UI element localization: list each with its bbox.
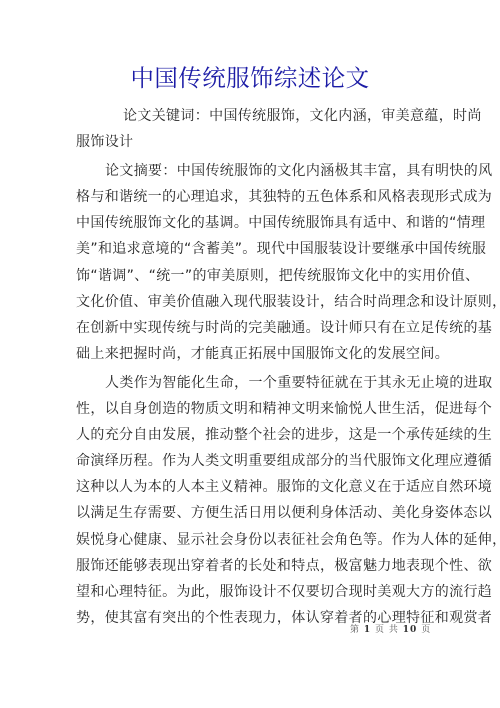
- footer-middle: 页 共: [375, 625, 399, 635]
- abstract-line: 格与和谐统一的心理追求，其独特的五色体系和风格表现形式成为: [76, 184, 425, 210]
- abstract-line: 中国传统服饰文化的基调。中国传统服饰具有适中、和谐的“情理: [76, 210, 425, 236]
- document-body: 论文关键词：中国传统服饰，文化内涵，审美意蕴，时尚 服饰设计 论文摘要：中国传统…: [76, 103, 425, 631]
- document-page: 中国传统服饰综述论文 论文关键词：中国传统服饰，文化内涵，审美意蕴，时尚 服饰设…: [0, 0, 500, 708]
- abstract-line: 论文摘要：中国传统服饰的文化内涵极其丰富，具有明快的风: [76, 158, 425, 184]
- body-line: 人类作为智能化生命，一个重要特征就在于其永无止境的进取: [76, 370, 425, 396]
- body-line: 性，以自身创造的物质文明和精神文明来愉悦人世生活，促进每个: [76, 396, 425, 422]
- footer-prefix: 第: [350, 625, 360, 635]
- body-line: 以满足生存需要、方便生活日用以便利身体活动、美化身姿体态以: [76, 500, 425, 526]
- abstract-line: 在创新中实现传统与时尚的完美融通。设计师只有在立足传统的基: [76, 315, 425, 341]
- abstract-line: 饰“谐调”、“统一”的审美原则，把传统服饰文化中的实用价值、: [76, 263, 425, 289]
- body-paragraph: 人类作为智能化生命，一个重要特征就在于其永无止境的进取 性，以自身创造的物质文明…: [76, 370, 425, 631]
- keywords-paragraph: 论文关键词：中国传统服饰，文化内涵，审美意蕴，时尚 服饰设计: [76, 103, 425, 155]
- total-pages-number: 10: [403, 625, 418, 635]
- document-title: 中国传统服饰综述论文: [0, 63, 500, 93]
- body-line: 人的充分自由发展，推动整个社会的进步，这是一个承传延续的生: [76, 422, 425, 448]
- abstract-line: 美”和追求意境的“含蓄美”。现代中国服装设计要继承中国传统服: [76, 236, 425, 262]
- body-line: 娱悦身心健康、显示社会身份以表征社会角色等。作为人体的延伸，: [76, 527, 425, 553]
- body-line: 服饰还能够表现出穿着者的长处和特点，极富魅力地表现个性、欲: [76, 553, 425, 579]
- keywords-line: 论文关键词：中国传统服饰，文化内涵，审美意蕴，时尚: [76, 103, 425, 129]
- body-line: 望和心理特征。为此，服饰设计不仅要切合现时美观大方的流行趋: [76, 579, 425, 605]
- abstract-line: 础上来把握时尚，才能真正拓展中国服饰文化的发展空间。: [76, 341, 425, 367]
- abstract-line: 文化价值、审美价值融入现代服装设计，结合时尚理念和设计原则，: [76, 289, 425, 315]
- body-line: 命演绎历程。作为人类文明重要组成部分的当代服饰文化理应遵循: [76, 448, 425, 474]
- body-line: 这种以人为本的人本主义精神。服饰的文化意义在于适应自然环境: [76, 474, 425, 500]
- page-number-footer: 第 1 页 共 10 页: [350, 622, 431, 635]
- current-page-number: 1: [364, 625, 371, 635]
- footer-suffix: 页: [421, 625, 431, 635]
- keywords-line: 服饰设计: [76, 129, 425, 155]
- abstract-paragraph: 论文摘要：中国传统服饰的文化内涵极其丰富，具有明快的风 格与和谐统一的心理追求，…: [76, 158, 425, 367]
